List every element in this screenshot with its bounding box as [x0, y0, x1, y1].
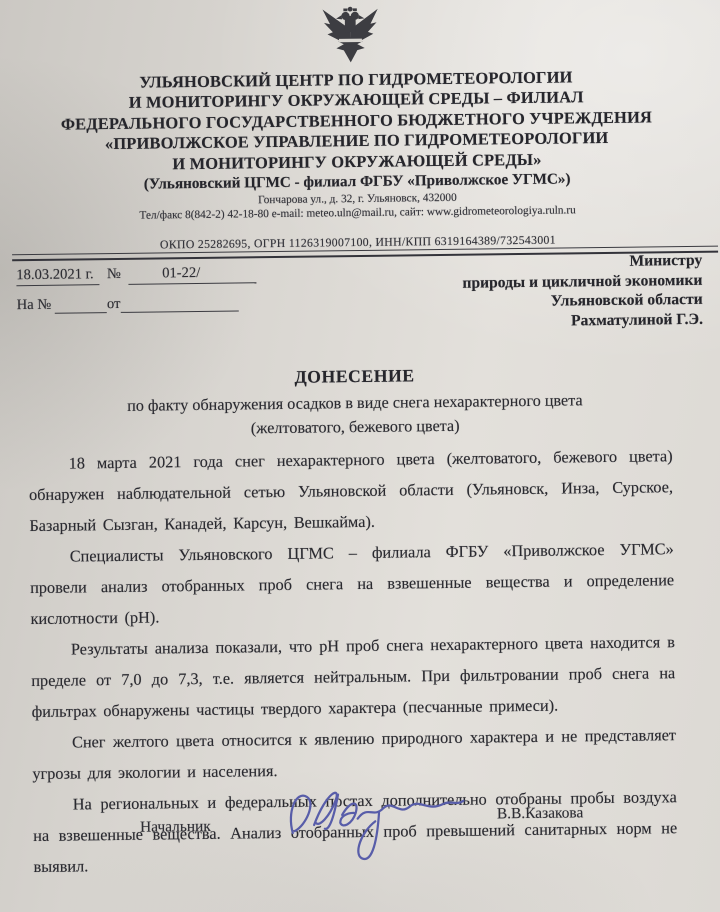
scanned-letter-photo: УЛЬЯНОВСКИЙ ЦЕНТР ПО ГИДРОМЕТЕОРОЛОГИИ И… — [0, 0, 720, 912]
recipient-line: Ульяновской области — [463, 290, 703, 313]
reply-from-label: от — [107, 296, 121, 312]
body-paragraph: 18 марта 2021 года снег нехарактерного ц… — [28, 440, 673, 541]
reference-block: 18.03.2021 г. № 01-22/ На № от — [16, 264, 256, 314]
incoming-ref-line: На № от — [17, 294, 257, 314]
body-paragraph: Результаты анализа показали, что рН проб… — [31, 626, 676, 727]
body-paragraph: Специалисты Ульяновского ЦГМС – филиала … — [30, 533, 675, 634]
recipient-line: Рахматулиной Г.Э. — [463, 310, 703, 333]
signer-name: В.В.Казакова — [497, 804, 584, 823]
number-sign: № — [100, 266, 129, 282]
reply-to-label: На № — [17, 297, 52, 313]
outgoing-number-line: 01-22/ — [128, 264, 256, 285]
org-name-block: УЛЬЯНОВСКИЙ ЦЕНТР ПО ГИДРОМЕТЕОРОЛОГИИ И… — [26, 66, 687, 196]
document-subtitle-line2: (желтоватого, бежевого цвета) — [0, 414, 710, 442]
signer-position: Начальник — [140, 818, 211, 837]
outgoing-ref-line: 18.03.2021 г. № 01-22/ — [16, 264, 256, 286]
recipient-block: Министру природы и цикличной экономики У… — [462, 251, 703, 332]
letter-sheet: УЛЬЯНОВСКИЙ ЦЕНТР ПО ГИДРОМЕТЕОРОЛОГИИ И… — [0, 0, 720, 912]
recipient-line: Министру — [462, 251, 702, 274]
handwritten-signature — [280, 767, 485, 881]
reply-date-blank — [120, 295, 238, 312]
outgoing-date: 18.03.2021 г. — [16, 266, 100, 286]
double-eagle-emblem-icon — [316, 5, 385, 73]
reply-number-blank — [55, 297, 107, 314]
document-subtitle-line1: по факту обнаружения осадков в виде снег… — [0, 390, 710, 418]
outgoing-number: 01-22/ — [128, 265, 200, 282]
document-title: ДОНЕСЕНИЕ — [0, 362, 710, 392]
